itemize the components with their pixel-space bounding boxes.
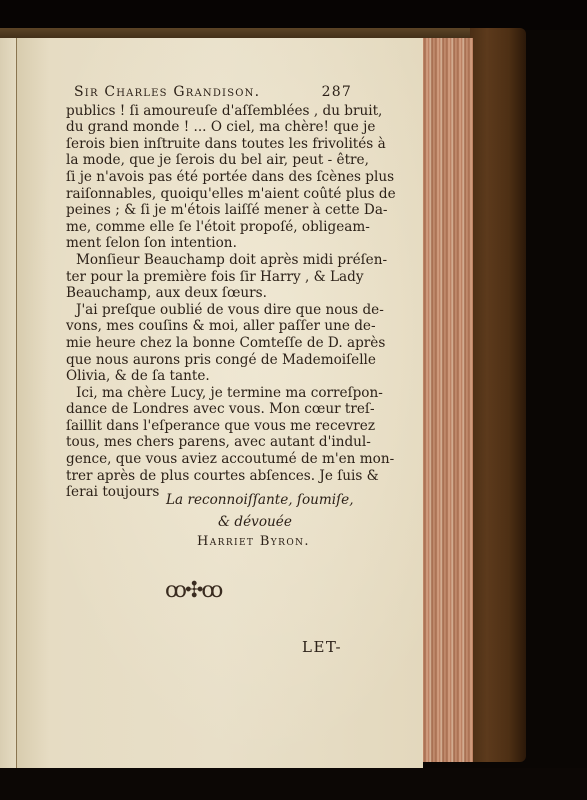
text-line: Ici, ma chère Lucy, je termine ma correſ… [66, 385, 352, 402]
closing-line-1: La reconnoiſſante, ſoumiſe, [166, 489, 366, 511]
text-line: mie heure chez la bonne Comteſſe de D. a… [66, 335, 352, 352]
background [0, 0, 587, 30]
closing-line-2: & dévouée [166, 511, 366, 533]
text-line: ment ſelon ſon intention. [66, 235, 352, 252]
text-line: Monſieur Beauchamp doit après midi préſe… [66, 252, 352, 269]
text-line: ſaillit dans l'eſperance que vous me rec… [66, 418, 352, 435]
page-edges [422, 38, 473, 762]
text-line: du grand monde ! ... O ciel, ma chère! q… [66, 119, 352, 136]
text-line: ter pour la première fois ſir Harry , & … [66, 269, 352, 286]
page-text: Sir Charles Grandison. 287 publics ! ſi … [66, 84, 352, 501]
letter-closing: La reconnoiſſante, ſoumiſe, & dévouée [166, 489, 366, 533]
text-line: ſi je n'avois pas été portée dans des ſc… [66, 169, 352, 186]
signature: Harriet Byron. [197, 534, 310, 549]
book-photo: Sir Charles Grandison. 287 publics ! ſi … [0, 0, 587, 800]
text-line: publics ! ſi amoureuſe d'aſſemblées , du… [66, 103, 352, 120]
text-line: me, comme elle ſe l'étoit propoſé, oblig… [66, 219, 352, 236]
background-bottom [0, 768, 587, 800]
catchword: LET- [302, 638, 342, 656]
fleuron-ornament-icon: ꝏ✣ꝏ [165, 578, 221, 603]
text-line: peines ; & ſi je m'étois laiſſé mener à … [66, 202, 352, 219]
gutter-leaf [0, 38, 18, 770]
text-line: que nous aurons pris congé de Mademoiſel… [66, 352, 352, 369]
cover-board-right [470, 28, 526, 762]
text-line: trer après de plus courtes abſences. Je … [66, 468, 352, 485]
text-line: ſerois bien inſtruite dans toutes les fr… [66, 136, 352, 153]
text-line: Beauchamp, aux deux ſœurs. [66, 285, 352, 302]
page-number: 287 [322, 84, 352, 101]
running-head: Sir Charles Grandison. 287 [66, 84, 352, 101]
text-line: dance de Londres avec vous. Mon cœur tre… [66, 401, 352, 418]
text-line: la mode, que je ſerois du bel air, peut … [66, 152, 352, 169]
text-line: gence, que vous aviez accoutumé de m'en … [66, 451, 352, 468]
text-line: J'ai preſque oublié de vous dire que nou… [66, 302, 352, 319]
running-head-title: Sir Charles Grandison. [74, 84, 260, 101]
text-line: tous, mes chers parens, avec autant d'in… [66, 434, 352, 451]
text-line: vons, mes couſins & moi, aller paſſer un… [66, 318, 352, 335]
text-line: Olivia, & de ſa tante. [66, 368, 352, 385]
text-line: raiſonnables, quoiqu'elles m'aient coûté… [66, 186, 352, 203]
